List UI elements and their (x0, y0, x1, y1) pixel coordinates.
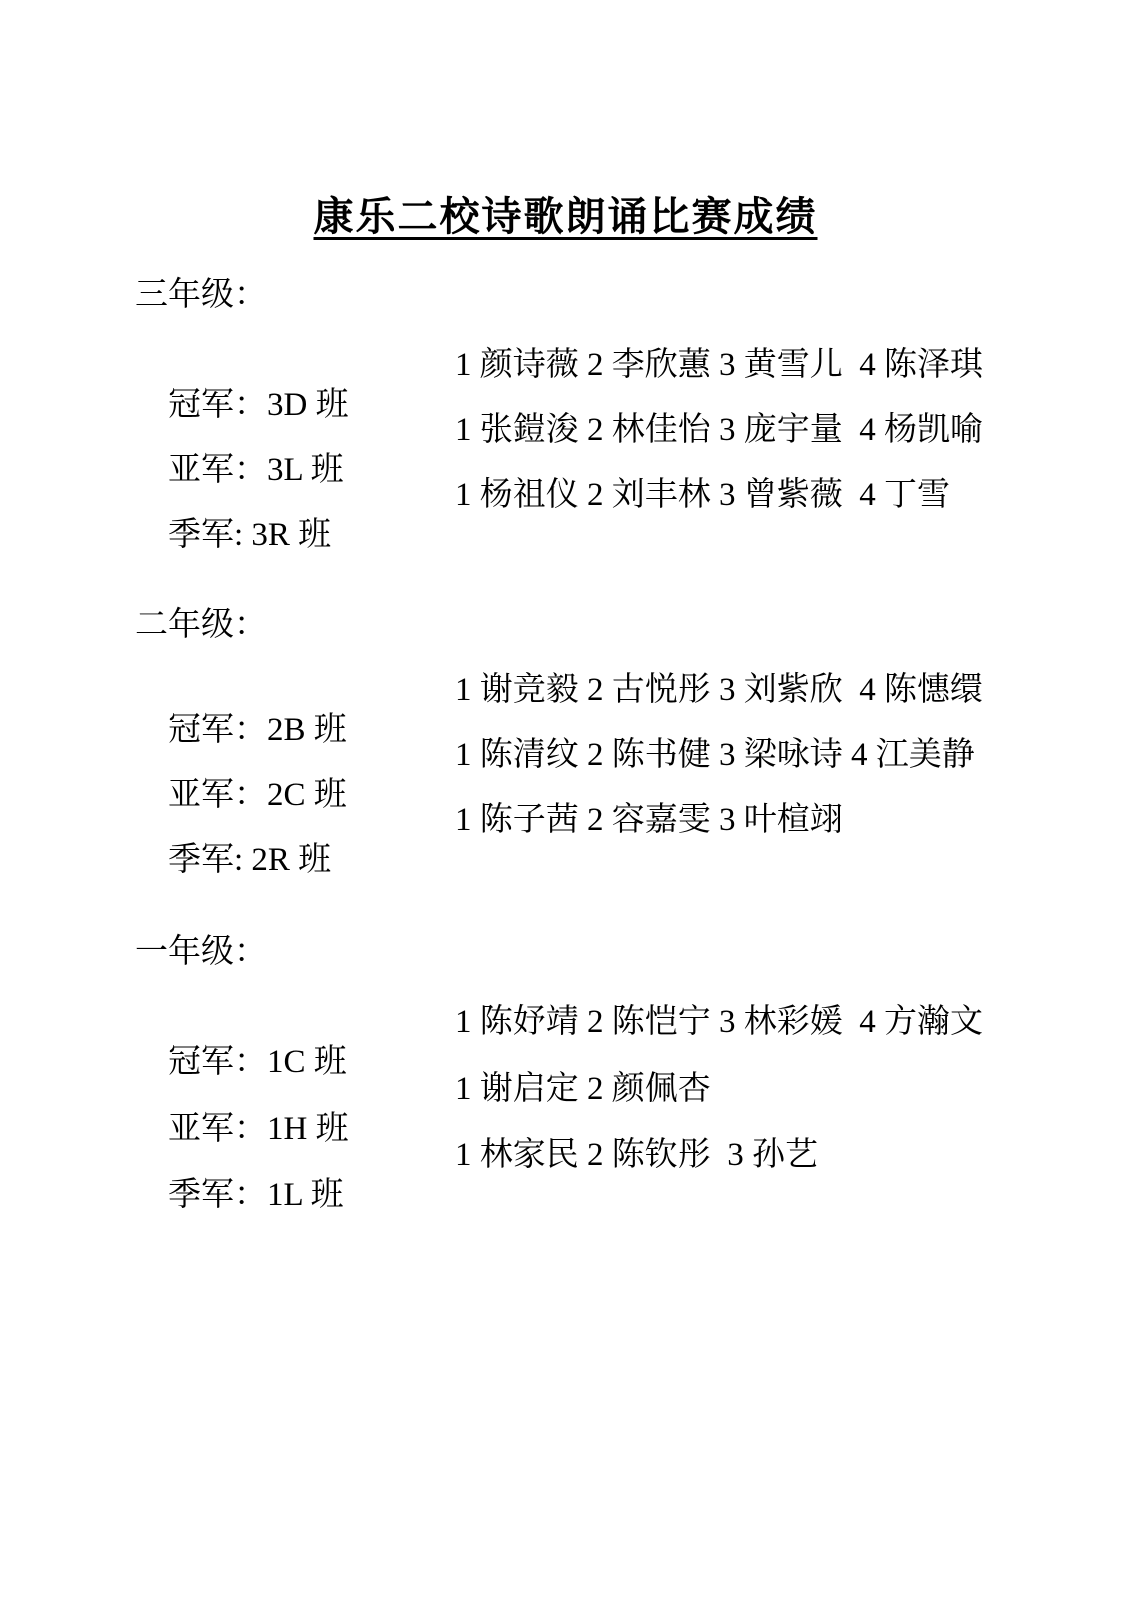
grade-heading-1: 一年级： (135, 933, 1091, 973)
rank-label: 季军: (168, 842, 251, 878)
participants-list: 1 谢启定 2 颜佩杏 (455, 1070, 711, 1110)
document-page: 康乐二校诗歌朗诵比赛成绩 三年级： 冠军：3D 班 1 颜诗薇 2 李欣蕙 3 … (0, 0, 1131, 1600)
participants-list: 1 张鎧浚 2 林佳怡 3 庞宇量 4 杨凯喻 (455, 411, 983, 451)
participants-list: 1 谢竞毅 2 古悦彤 3 刘紫欣 4 陈憓缳 (455, 671, 983, 711)
grade-heading-2: 二年级： (135, 606, 1091, 646)
class-label: 3R 班 (251, 517, 331, 553)
grade-heading-3: 三年级： (135, 276, 1091, 316)
participants-list: 1 陈子茜 2 容嘉雯 3 叶楦翊 (455, 801, 843, 841)
page-title-text: 康乐二校诗歌朗诵比赛成绩 (314, 194, 818, 239)
participants-list: 1 杨祖仪 2 刘丰林 3 曾紫薇 4 丁雪 (455, 476, 950, 516)
result-row-1-third: 季军：1L 班 1 林家民 2 陈钦彤 3 孙艺 (135, 1136, 1091, 1294)
participants-list: 1 林家民 2 陈钦彤 3 孙艺 (455, 1136, 818, 1176)
participants-list: 1 颜诗薇 2 李欣蕙 3 黄雪儿 4 陈泽琪 (455, 346, 983, 386)
class-label: 1L 班 (267, 1177, 344, 1213)
participants-list: 1 陈清纹 2 陈书健 3 梁咏诗 4 江美静 (455, 736, 975, 776)
page-title: 康乐二校诗歌朗诵比赛成绩 (0, 193, 1131, 241)
participants-list: 1 陈妤靖 2 陈恺宁 3 林彩媛 4 方瀚文 (455, 1003, 983, 1043)
class-label: 2R 班 (251, 842, 331, 878)
rank-label: 季军: (168, 517, 251, 553)
rank-label: 季军： (168, 1177, 267, 1213)
